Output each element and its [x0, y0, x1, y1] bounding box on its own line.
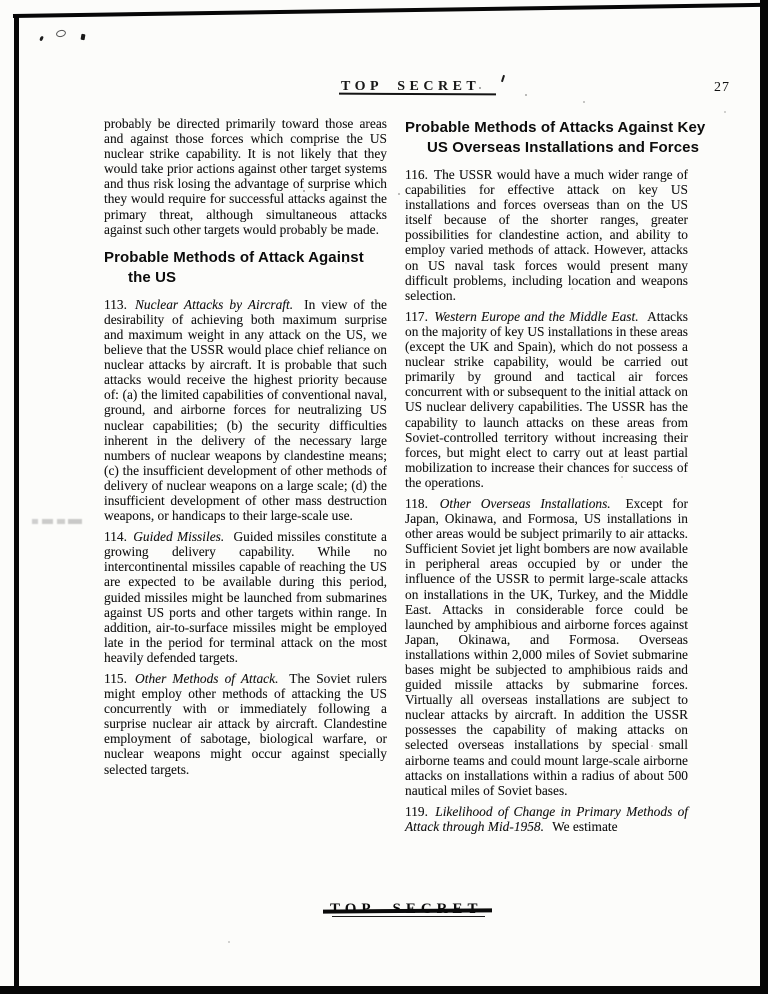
- paragraph-text: We estimate: [552, 819, 617, 834]
- paragraph-lead: Other Methods of Attack.: [135, 671, 278, 686]
- paragraph-number: 113.: [104, 297, 127, 312]
- footer-underline: [332, 916, 485, 918]
- right-column: Probable Methods of Attacks Against Key …: [405, 118, 688, 840]
- page-edge-top: [13, 3, 761, 18]
- classification-underline: [339, 93, 496, 96]
- paragraph-113: 113. Nuclear Attacks by Aircraft. In vie…: [104, 297, 387, 523]
- section-heading-attack-against-us: Probable Methods of Attack Against the U…: [104, 248, 387, 288]
- paragraph-117: 117. Western Europe and the Middle East.…: [405, 309, 688, 490]
- page-edge-right: [760, 0, 768, 994]
- heading-line: Probable Methods of Attack Against: [104, 248, 387, 268]
- paragraph-115: 115. Other Methods of Attack. The Soviet…: [104, 671, 387, 777]
- paragraph-118: 118. Other Overseas Installations. Excep…: [405, 496, 688, 798]
- paragraph-lead: Western Europe and the Middle East.: [434, 309, 638, 324]
- paragraph-number: 119.: [405, 804, 428, 819]
- paragraph-text: Except for Japan, Okinawa, and Formosa, …: [405, 496, 688, 798]
- paragraph-text: Guided missiles constitute a growing del…: [104, 529, 387, 665]
- margin-smudge: [32, 519, 82, 524]
- paragraph-114: 114. Guided Missiles. Guided missiles co…: [104, 529, 387, 665]
- paragraph-lead: Guided Missiles.: [133, 529, 224, 544]
- heading-line: Probable Methods of Attacks Against Key: [405, 118, 688, 138]
- paragraph-lead: Likelihood of Change in Primary Methods …: [405, 804, 688, 834]
- page-edge-bottom: [0, 986, 768, 994]
- section-heading-overseas-installations: Probable Methods of Attacks Against Key …: [405, 118, 688, 158]
- continuation-paragraph: probably be directed primarily toward th…: [104, 116, 387, 237]
- scan-tick-mark: [501, 75, 505, 82]
- footer-classification: TOP SECRET: [330, 901, 483, 918]
- scan-mark: [55, 29, 66, 38]
- header-classification: TOP SECRET: [341, 79, 480, 95]
- paragraph-number: 116.: [405, 167, 428, 182]
- scan-mark: [39, 36, 44, 42]
- paragraph-119: 119. Likelihood of Change in Primary Met…: [405, 804, 688, 834]
- paragraph-text: The USSR would have a much wider range o…: [405, 167, 688, 303]
- paragraph-text: In view of the desirability of achieving…: [104, 297, 387, 523]
- left-column: probably be directed primarily toward th…: [104, 116, 387, 783]
- page-number: 27: [694, 80, 730, 96]
- paragraph-number: 118.: [405, 496, 428, 511]
- paragraph-lead: Nuclear Attacks by Aircraft.: [135, 297, 293, 312]
- paragraph-number: 114.: [104, 529, 127, 544]
- paragraph-text: Attacks on the majority of key US instal…: [405, 309, 688, 490]
- scan-speckles: [0, 0, 2, 2]
- paragraph-116: 116. The USSR would have a much wider ra…: [405, 167, 688, 303]
- heading-line: the US: [104, 268, 387, 288]
- paragraph-text: The Soviet rulers might employ other met…: [104, 671, 387, 777]
- scan-mark: [81, 34, 86, 41]
- paragraph-number: 117.: [405, 309, 428, 324]
- header-classification-text: TOP SECRET: [341, 79, 480, 94]
- paragraph-number: 115.: [104, 671, 127, 686]
- heading-line: US Overseas Installations and Forces: [405, 138, 688, 158]
- page-edge-left: [14, 14, 19, 987]
- scanned-document-page: { "page": { "header_classification": "TO…: [0, 0, 768, 994]
- paragraph-lead: Other Overseas Installations.: [440, 496, 611, 511]
